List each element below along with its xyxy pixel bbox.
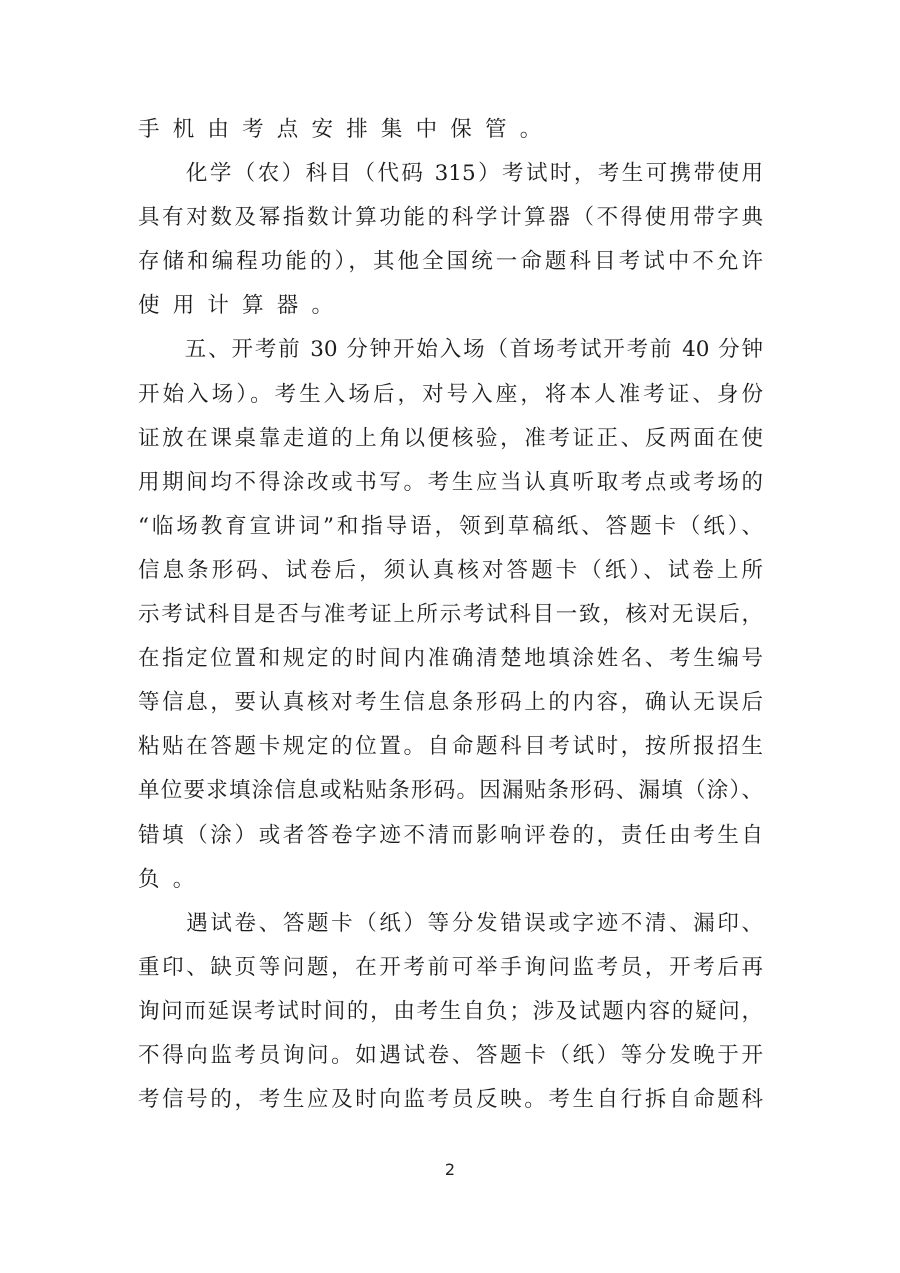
- text-line: 用期间均不得涂改或书写。考生应当认真听取考点或考场的: [138, 461, 763, 505]
- text-line: 信息条形码、试卷后，须认真核对答题卡（纸）、试卷上所: [138, 549, 763, 593]
- text-line: 等信息，要认真核对考生信息条形码上的内容，确认无误后: [138, 681, 763, 725]
- text-line: 考信号的，考生应及时向监考员反映。考生自行拆自命题科: [138, 1078, 763, 1122]
- text-line: 具有对数及幂指数计算功能的科学计算器（不得使用带字典: [138, 196, 763, 240]
- text-line: 证放在课桌靠走道的上角以便核验，准考证正、反两面在使: [138, 417, 763, 461]
- text-line: 使用计算器。: [138, 284, 778, 328]
- text-line: 不得向监考员询问。如遇试卷、答题卡（纸）等分发晚于开: [138, 1034, 763, 1078]
- text-line: 手机由考点安排集中保管。: [138, 108, 778, 152]
- text-line: 化学（农）科目（代码 315）考试时，考生可携带使用: [138, 152, 763, 196]
- document-page: 手机由考点安排集中保管。 化学（农）科目（代码 315）考试时，考生可携带使用具…: [0, 0, 900, 1273]
- text-line: 示考试科目是否与准考证上所示考试科目一致，核对无误后，: [138, 593, 763, 637]
- text-line: “临场教育宣讲词”和指导语，领到草稿纸、答题卡（纸）、: [138, 505, 763, 549]
- text-line: 存储和编程功能的），其他全国统一命题科目考试中不允许: [138, 240, 763, 284]
- body-text: 手机由考点安排集中保管。 化学（农）科目（代码 315）考试时，考生可携带使用具…: [138, 108, 778, 1122]
- text-line: 开始入场）。考生入场后，对号入座，将本人准考证、身份: [138, 373, 763, 417]
- page-number: 2: [0, 1160, 900, 1179]
- text-line: 遇试卷、答题卡（纸）等分发错误或字迹不清、漏印、: [138, 902, 763, 946]
- text-line: 在指定位置和规定的时间内准确清楚地填涂姓名、考生编号: [138, 637, 763, 681]
- text-line: 单位要求填涂信息或粘贴条形码。因漏贴条形码、漏填（涂）、: [138, 769, 763, 813]
- text-line: 粘贴在答题卡规定的位置。自命题科目考试时，按所报招生: [138, 725, 763, 769]
- text-line: 询问而延误考试时间的，由考生自负；涉及试题内容的疑问，: [138, 990, 763, 1034]
- text-line: 错填（涂）或者答卷字迹不清而影响评卷的，责任由考生自: [138, 814, 763, 858]
- text-line: 负。: [138, 858, 778, 902]
- text-line: 五、开考前 30 分钟开始入场（首场考试开考前 40 分钟: [138, 328, 763, 372]
- text-line: 重印、缺页等问题，在开考前可举手询问监考员，开考后再: [138, 946, 763, 990]
